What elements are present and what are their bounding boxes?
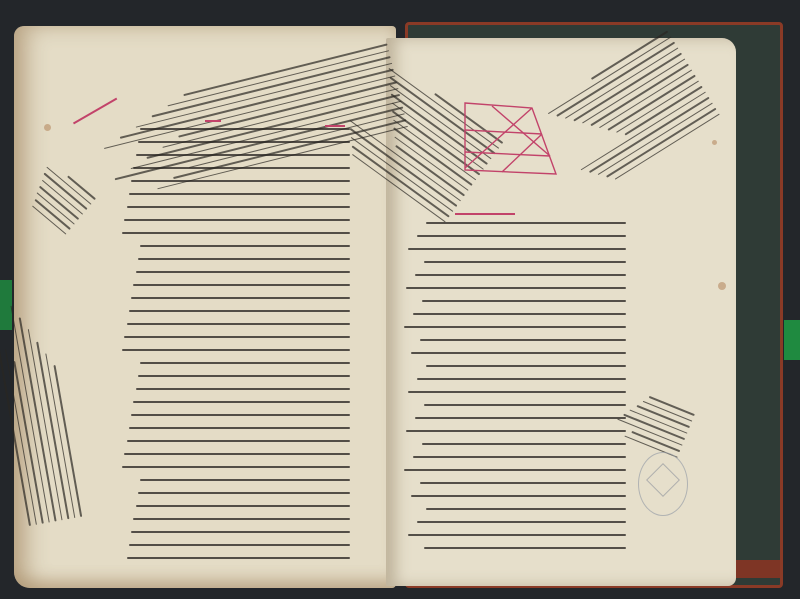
text-line — [404, 326, 626, 328]
text-line — [411, 352, 626, 354]
text-line — [415, 274, 626, 276]
paper-stain — [712, 140, 717, 145]
text-line — [124, 336, 350, 338]
text-line — [122, 232, 350, 234]
text-line — [424, 404, 626, 406]
text-line — [408, 391, 626, 393]
text-line — [424, 261, 626, 263]
text-line — [124, 219, 350, 221]
text-line — [127, 440, 350, 442]
text-line — [140, 362, 350, 364]
text-line — [39, 186, 79, 220]
cover-green-edge-right — [784, 320, 800, 360]
text-line — [122, 466, 350, 468]
text-line — [406, 430, 626, 432]
paper-stain — [44, 124, 51, 131]
text-line — [424, 547, 626, 549]
text-line — [415, 417, 626, 419]
text-line — [133, 518, 350, 520]
text-line — [131, 414, 350, 416]
text-line — [131, 531, 350, 533]
text-line — [124, 453, 350, 455]
text-line — [127, 557, 350, 559]
paper-stain — [718, 282, 726, 290]
text-line — [417, 378, 626, 380]
text-line — [136, 388, 350, 390]
text-line — [129, 427, 350, 429]
text-line — [122, 349, 350, 351]
text-line — [411, 495, 626, 497]
text-line — [129, 544, 350, 546]
text-line — [422, 300, 626, 302]
text-line — [138, 375, 350, 377]
rubric-underline — [205, 120, 221, 122]
text-line — [420, 339, 626, 341]
text-line — [138, 492, 350, 494]
text-line — [426, 365, 626, 367]
text-line — [140, 245, 350, 247]
text-line — [413, 456, 626, 458]
text-line — [138, 258, 350, 260]
text-line — [127, 323, 350, 325]
text-line — [422, 443, 626, 445]
rubric-underline — [455, 213, 515, 215]
text-line — [129, 310, 350, 312]
text-line — [127, 206, 350, 208]
text-line — [617, 418, 682, 446]
text-line — [426, 508, 626, 510]
text-line — [406, 287, 626, 289]
text-line — [417, 235, 626, 237]
right-main-text-block — [404, 222, 626, 560]
text-line — [140, 479, 350, 481]
red-geometric-diagram — [462, 100, 562, 180]
text-line — [408, 534, 626, 536]
rubric-underline — [325, 125, 345, 127]
text-line — [394, 136, 469, 191]
text-line — [133, 401, 350, 403]
text-line — [417, 521, 626, 523]
text-line — [624, 414, 686, 440]
text-line — [413, 313, 626, 315]
text-line — [420, 482, 626, 484]
text-line — [37, 192, 75, 224]
text-line — [133, 284, 350, 286]
text-line — [408, 248, 626, 250]
text-line — [136, 505, 350, 507]
text-line — [131, 297, 350, 299]
text-line — [136, 271, 350, 273]
text-line — [404, 469, 626, 471]
text-line — [426, 222, 626, 224]
text-line — [5, 349, 37, 525]
